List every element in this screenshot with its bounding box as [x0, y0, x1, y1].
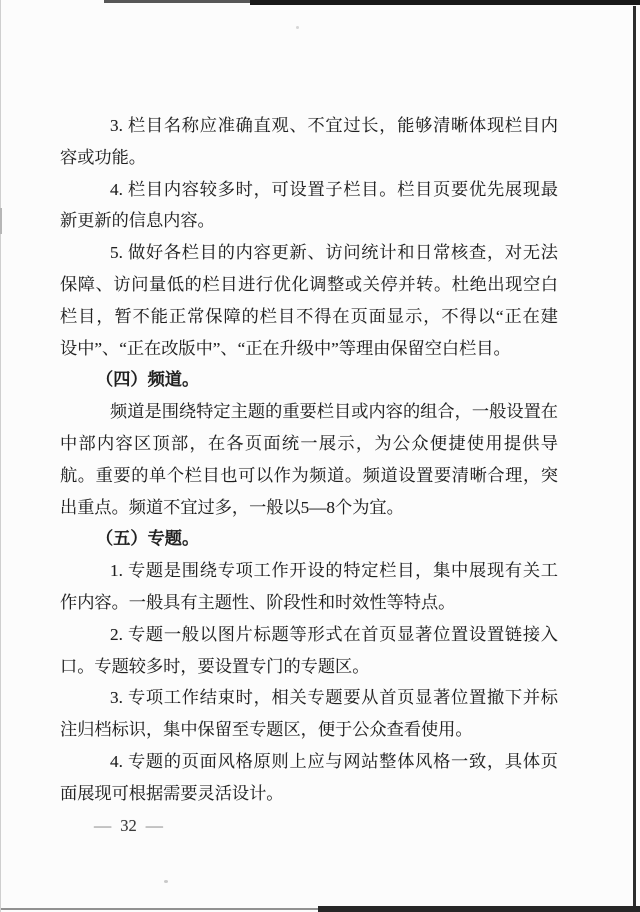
text-line: 4. 栏目内容较多时，可设置子栏目。栏目页要优先展现最	[60, 174, 558, 206]
scan-edge-bottom-dark	[318, 906, 640, 912]
text-line: 设中”、“正在改版中”、“正在升级中”等理由保留空白栏目。	[60, 333, 558, 365]
text-line: 保障、访问量低的栏目进行优化调整或关停并转。杜绝出现空白	[60, 269, 558, 301]
scan-edge-right	[633, 6, 636, 907]
text-line: 5. 做好各栏目的内容更新、访问统计和日常核查，对无法	[60, 237, 558, 269]
page-number: —32—	[60, 810, 558, 842]
text-line: 新更新的信息内容。	[60, 205, 558, 237]
text-line: 3. 栏目名称应准确直观、不宜过长，能够清晰体现栏目内	[60, 110, 558, 142]
scan-edge-left	[0, 0, 1, 912]
text-line: 2. 专题一般以图片标题等形式在首页显著位置设置链接入	[60, 619, 558, 651]
text-line: 注归档标识，集中保留至专题区，便于公众查看使用。	[60, 714, 558, 746]
section-heading: （四）频道。	[60, 364, 558, 396]
text-line: 4. 专题的页面风格原则上应与网站整体风格一致，具体页	[60, 746, 558, 778]
scan-speck	[296, 26, 299, 29]
text-line: 频道是围绕特定主题的重要栏目或内容的组合，一般设置在	[60, 396, 558, 428]
text-line: 口。专题较多时，要设置专门的专题区。	[60, 651, 558, 683]
scan-edge-top-dark	[250, 0, 640, 5]
text-line: 作内容。一般具有主题性、阶段性和时效性等特点。	[60, 587, 558, 619]
text-block: 3. 栏目名称应准确直观、不宜过长，能够清晰体现栏目内 容或功能。 4. 栏目内…	[60, 110, 558, 841]
scan-smudge-left	[0, 208, 2, 234]
text-line: 出重点。频道不宜过多，一般以5—8个为宜。	[60, 492, 558, 524]
section-heading: （五）专题。	[60, 523, 558, 555]
page-number-value: 32	[120, 816, 137, 835]
scan-edge-top-light	[104, 0, 252, 3]
text-line: 中部内容区顶部，在各页面统一展示，为公众便捷使用提供导	[60, 428, 558, 460]
scanned-page: 3. 栏目名称应准确直观、不宜过长，能够清晰体现栏目内 容或功能。 4. 栏目内…	[0, 0, 640, 912]
page-number-dash-right: —	[146, 816, 163, 835]
text-line: 面展现可根据需要灵活设计。	[60, 778, 558, 810]
text-line: 1. 专题是围绕专项工作开设的特定栏目，集中展现有关工	[60, 555, 558, 587]
text-line: 3. 专项工作结束时，相关专题要从首页显著位置撤下并标	[60, 682, 558, 714]
text-line: 航。重要的单个栏目也可以作为频道。频道设置要清晰合理，突	[60, 460, 558, 492]
page-number-dash-left: —	[94, 816, 111, 835]
text-line: 容或功能。	[60, 142, 558, 174]
scan-speck	[164, 880, 168, 883]
text-line: 栏目，暂不能正常保障的栏目不得在页面显示，不得以“正在建	[60, 301, 558, 333]
